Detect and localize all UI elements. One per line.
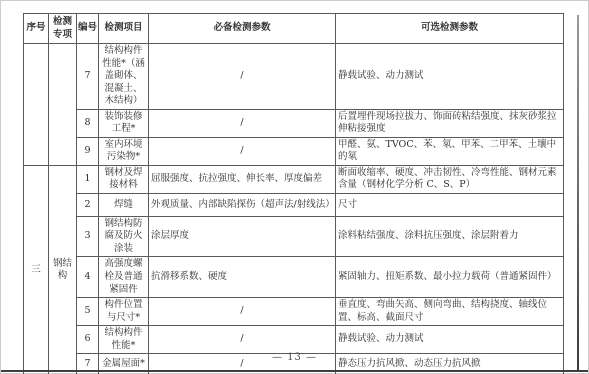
table-row: 4 高强度螺栓及普通紧固件 抗滑移系数、硬度 紧固轴力、扭矩系数、最小拉力载荷（…	[24, 257, 564, 298]
cell-item: 装饰装修工程*	[99, 109, 149, 137]
cell-optional: 尺寸	[336, 193, 564, 216]
table-row: 3 钢结构防腐及防火涂装 涂层厚度 涂料粘结强度、涂料抗压强度、涂层附着力	[24, 216, 564, 257]
cell-item: 结构构件性能*	[99, 326, 149, 354]
cell-number: 1	[77, 165, 99, 193]
cell-item: 构件位置与尺寸*	[99, 298, 149, 326]
cell-item: 钢结构防腐及防火涂装	[99, 216, 149, 257]
cell-optional: 涂料粘结强度、涂料抗压强度、涂层附着力	[336, 216, 564, 257]
cell-optional: 甲醛、氨、TVOC、苯、氡、甲苯、二甲苯、土壤中的氡	[336, 137, 564, 165]
cell-optional: 静载试验、动力测试	[336, 44, 564, 110]
cell-item: 焊缝	[99, 193, 149, 216]
cell-specialty	[49, 44, 77, 166]
table-row: 7 结构构件性能*（涵盖砌体、混凝土、木结构） / 静载试验、动力测试	[24, 44, 564, 110]
cell-optional: 静载试验、动力测试	[336, 326, 564, 354]
cell-required: 外观质量、内部缺陷探伤（超声法/射线法）	[149, 193, 336, 216]
cell-required: /	[149, 109, 336, 137]
cell-number: 6	[77, 326, 99, 354]
cell-specialty: 钢结构	[49, 165, 77, 374]
header-number: 编号	[77, 14, 99, 44]
cell-optional: 垂直度、弯曲矢高、侧向弯曲、结构挠度、轴线位置、标高、截面尺寸	[336, 298, 564, 326]
scan-edge-right	[577, 15, 579, 371]
header-specialty: 检测专项	[49, 14, 77, 44]
table-row: 8 装饰装修工程* / 后置埋件现场拉拔力、饰面砖粘结强度、抹灰砂浆拉伸粘接强度	[24, 109, 564, 137]
table-row: 6 结构构件性能* / 静载试验、动力测试	[24, 326, 564, 354]
cell-seq	[24, 44, 49, 166]
cell-optional: 紧固轴力、扭矩系数、最小拉力载荷（普通紧固件）	[336, 257, 564, 298]
cell-item: 钢材及焊接材料	[99, 165, 149, 193]
cell-optional: 断面收缩率、硬度、冲击韧性、冷弯性能、钢材元素含量（钢材化学分析 C、S、P）	[336, 165, 564, 193]
header-optional-params: 可选检测参数	[336, 14, 564, 44]
cell-required: 屈服强度、抗拉强度、伸长率、厚度偏差	[149, 165, 336, 193]
page-number: — 13 —	[1, 352, 588, 363]
header-item: 检测项目	[99, 14, 149, 44]
cell-seq: 三	[24, 165, 49, 374]
table-row: 2 焊缝 外观质量、内部缺陷探伤（超声法/射线法） 尺寸	[24, 193, 564, 216]
document-page: 序号 检测专项 编号 检测项目 必备检测参数 可选检测参数 7 结构构件性能*（…	[0, 0, 589, 374]
header-required-params: 必备检测参数	[149, 14, 336, 44]
cell-number: 3	[77, 216, 99, 257]
table-row: 5 构件位置与尺寸* / 垂直度、弯曲矢高、侧向弯曲、结构挠度、轴线位置、标高、…	[24, 298, 564, 326]
cell-item: 高强度螺栓及普通紧固件	[99, 257, 149, 298]
table-row: 9 室内环境污染物* / 甲醛、氨、TVOC、苯、氡、甲苯、二甲苯、土壤中的氡	[24, 137, 564, 165]
cell-required: 涂层厚度	[149, 216, 336, 257]
cell-optional: 后置埋件现场拉拔力、饰面砖粘结强度、抹灰砂浆拉伸粘接强度	[336, 109, 564, 137]
cell-required: /	[149, 298, 336, 326]
cell-required: /	[149, 326, 336, 354]
cell-number: 5	[77, 298, 99, 326]
cell-number: 4	[77, 257, 99, 298]
inspection-parameters-table: 序号 检测专项 编号 检测项目 必备检测参数 可选检测参数 7 结构构件性能*（…	[23, 13, 564, 374]
header-seq: 序号	[24, 14, 49, 44]
cell-required: /	[149, 137, 336, 165]
cell-number: 2	[77, 193, 99, 216]
table-header-row: 序号 检测专项 编号 检测项目 必备检测参数 可选检测参数	[24, 14, 564, 44]
cell-required: /	[149, 44, 336, 110]
cell-number: 8	[77, 109, 99, 137]
cell-item: 室内环境污染物*	[99, 137, 149, 165]
cell-required: 抗滑移系数、硬度	[149, 257, 336, 298]
cell-item: 结构构件性能*（涵盖砌体、混凝土、木结构）	[99, 44, 149, 110]
scan-edge-bottom	[1, 370, 588, 372]
table-row: 三 钢结构 1 钢材及焊接材料 屈服强度、抗拉强度、伸长率、厚度偏差 断面收缩率…	[24, 165, 564, 193]
cell-number: 7	[77, 44, 99, 110]
cell-number: 9	[77, 137, 99, 165]
